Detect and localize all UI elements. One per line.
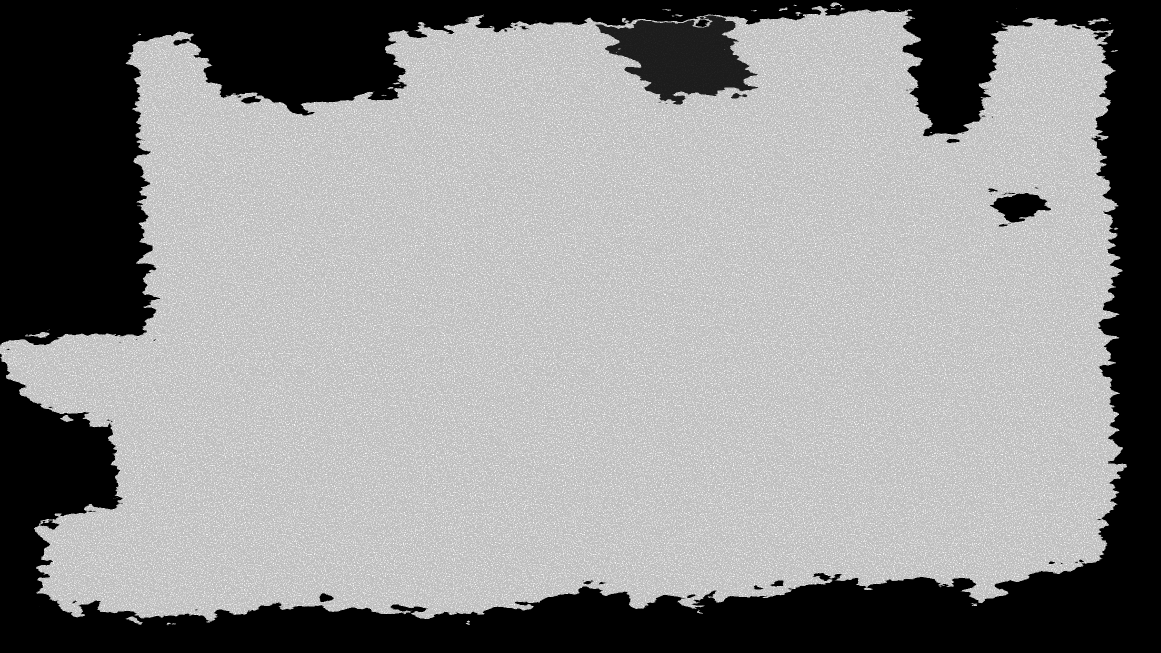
grunge-frame bbox=[0, 0, 1161, 653]
grunge-texture bbox=[0, 0, 1161, 653]
speckle-noise bbox=[0, 0, 1161, 653]
